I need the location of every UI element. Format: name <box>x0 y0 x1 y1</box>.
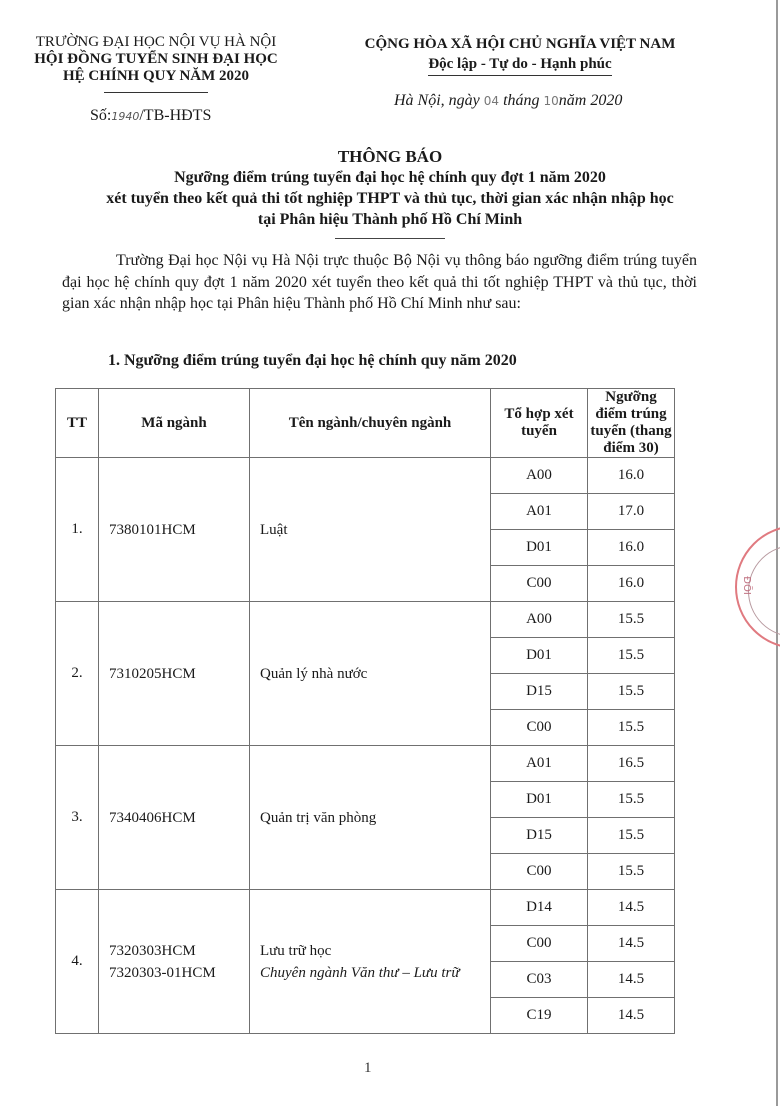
admission-scores-table: TT Mã ngành Tên ngành/chuyên ngành Tổ hợ… <box>55 388 675 1034</box>
cell-ma-nganh: 7320303HCM7320303-01HCM <box>99 890 250 1034</box>
cell-tt: 3. <box>56 746 99 890</box>
national-motto: Độc lập - Tự do - Hạnh phúc <box>428 54 611 76</box>
cell-threshold-score: 16.0 <box>588 530 675 566</box>
cell-threshold-score: 15.5 <box>588 710 675 746</box>
issue-date: Hà Nội, ngày 04 tháng 10năm 2020 <box>394 92 622 110</box>
council-name-line2: HỆ CHÍNH QUY NĂM 2020 <box>22 68 290 85</box>
cell-combo-code: C00 <box>491 710 588 746</box>
date-suffix: năm 2020 <box>559 92 623 109</box>
date-day: 04 <box>484 94 499 108</box>
intro-paragraph: Trường Đại học Nội vụ Hà Nội trực thuộc … <box>62 250 697 315</box>
cell-threshold-score: 15.5 <box>588 782 675 818</box>
cell-combo-code: D15 <box>491 674 588 710</box>
cell-combo-code: C00 <box>491 926 588 962</box>
cell-ma-nganh: 7340406HCM <box>99 746 250 890</box>
cell-ma-nganh: 7380101HCM <box>99 458 250 602</box>
program-name: Luật <box>260 519 490 541</box>
table-row: 4.7320303HCM7320303-01HCMLưu trữ họcChuy… <box>56 890 675 926</box>
cell-tt: 2. <box>56 602 99 746</box>
date-month: 10 <box>544 94 559 108</box>
cell-threshold-score: 14.5 <box>588 962 675 998</box>
title-rule <box>335 238 445 239</box>
cell-combo-code: A01 <box>491 746 588 782</box>
cell-tt: 1. <box>56 458 99 602</box>
issuer-header: TRƯỜNG ĐẠI HỌC NỘI VỤ HÀ NỘI HỘI ĐỒNG TU… <box>22 34 290 93</box>
cell-combo-code: D01 <box>491 782 588 818</box>
date-prefix: Hà Nội, ngày <box>394 92 484 109</box>
col-header-nguong-diem: Ngưỡng điểm trúng tuyển (thang điểm 30) <box>588 389 675 458</box>
doc-number-prefix: Số: <box>90 107 111 124</box>
university-name: TRƯỜNG ĐẠI HỌC NỘI VỤ HÀ NỘI <box>22 34 290 51</box>
notice-subtitle-3: tại Phân hiệu Thành phố Hồ Chí Minh <box>40 209 740 230</box>
cell-combo-code: A00 <box>491 458 588 494</box>
cell-threshold-score: 14.5 <box>588 890 675 926</box>
cell-threshold-score: 15.5 <box>588 674 675 710</box>
cell-combo-code: D14 <box>491 890 588 926</box>
section-heading: 1. Ngưỡng điểm trúng tuyển đại học hệ ch… <box>108 352 517 370</box>
seal-text: ĐÕI <box>741 576 752 595</box>
country-name: CỘNG HÒA XÃ HỘI CHỦ NGHĨA VIỆT NAM <box>345 34 695 54</box>
program-code: 7320303HCM <box>109 940 249 962</box>
table-row: 2.7310205HCMQuản lý nhà nướcA0015.5 <box>56 602 675 638</box>
cell-threshold-score: 15.5 <box>588 818 675 854</box>
cell-combo-code: A00 <box>491 602 588 638</box>
cell-threshold-score: 14.5 <box>588 998 675 1034</box>
cell-combo-code: C00 <box>491 854 588 890</box>
cell-threshold-score: 15.5 <box>588 854 675 890</box>
doc-number-suffix: /TB-HĐTS <box>139 107 211 124</box>
council-name: HỘI ĐỒNG TUYỂN SINH ĐẠI HỌC <box>22 51 290 68</box>
cell-combo-code: C03 <box>491 962 588 998</box>
document-number: Số:1940/TB-HĐTS <box>90 107 211 125</box>
cell-combo-code: D15 <box>491 818 588 854</box>
notice-subtitle-2: xét tuyển theo kết quả thi tốt nghiệp TH… <box>40 188 740 209</box>
col-header-to-hop: Tổ hợp xét tuyển <box>491 389 588 458</box>
program-code: 7340406HCM <box>109 807 249 829</box>
cell-threshold-score: 17.0 <box>588 494 675 530</box>
cell-threshold-score: 16.0 <box>588 566 675 602</box>
specialization-name: Chuyên ngành Văn thư – Lưu trữ <box>260 962 490 984</box>
table-row: 3.7340406HCMQuản trị văn phòngA0116.5 <box>56 746 675 782</box>
cell-combo-code: D01 <box>491 638 588 674</box>
col-header-ma-nganh: Mã ngành <box>99 389 250 458</box>
table-header-row: TT Mã ngành Tên ngành/chuyên ngành Tổ hợ… <box>56 389 675 458</box>
cell-threshold-score: 16.0 <box>588 458 675 494</box>
cell-ma-nganh: 7310205HCM <box>99 602 250 746</box>
notice-title: THÔNG BÁO Ngưỡng điểm trúng tuyển đại họ… <box>40 146 740 239</box>
col-header-tt: TT <box>56 389 99 458</box>
program-name: Quản lý nhà nước <box>260 663 490 685</box>
notice-heading: THÔNG BÁO <box>40 146 740 167</box>
national-header: CỘNG HÒA XÃ HỘI CHỦ NGHĨA VIỆT NAM Độc l… <box>345 34 695 76</box>
cell-threshold-score: 15.5 <box>588 638 675 674</box>
cell-ten-nganh: Luật <box>250 458 491 602</box>
header-rule <box>104 92 208 93</box>
program-name: Lưu trữ học <box>260 940 490 962</box>
cell-threshold-score: 16.5 <box>588 746 675 782</box>
cell-combo-code: C00 <box>491 566 588 602</box>
cell-tt: 4. <box>56 890 99 1034</box>
cell-ten-nganh: Lưu trữ họcChuyên ngành Văn thư – Lưu tr… <box>250 890 491 1034</box>
program-code: 7320303-01HCM <box>109 962 249 984</box>
cell-combo-code: C19 <box>491 998 588 1034</box>
cell-combo-code: D01 <box>491 530 588 566</box>
cell-threshold-score: 14.5 <box>588 926 675 962</box>
page-number: 1 <box>364 1060 372 1077</box>
cell-threshold-score: 15.5 <box>588 602 675 638</box>
cell-ten-nganh: Quản trị văn phòng <box>250 746 491 890</box>
program-code: 7380101HCM <box>109 519 249 541</box>
table-row: 1.7380101HCMLuậtA0016.0 <box>56 458 675 494</box>
program-code: 7310205HCM <box>109 663 249 685</box>
date-mid: tháng <box>499 92 543 109</box>
cell-combo-code: A01 <box>491 494 588 530</box>
program-name: Quản trị văn phòng <box>260 807 490 829</box>
doc-number-handwritten: 1940 <box>111 110 139 123</box>
cell-ten-nganh: Quản lý nhà nước <box>250 602 491 746</box>
col-header-ten-nganh: Tên ngành/chuyên ngành <box>250 389 491 458</box>
notice-subtitle-1: Ngưỡng điểm trúng tuyển đại học hệ chính… <box>40 167 740 188</box>
